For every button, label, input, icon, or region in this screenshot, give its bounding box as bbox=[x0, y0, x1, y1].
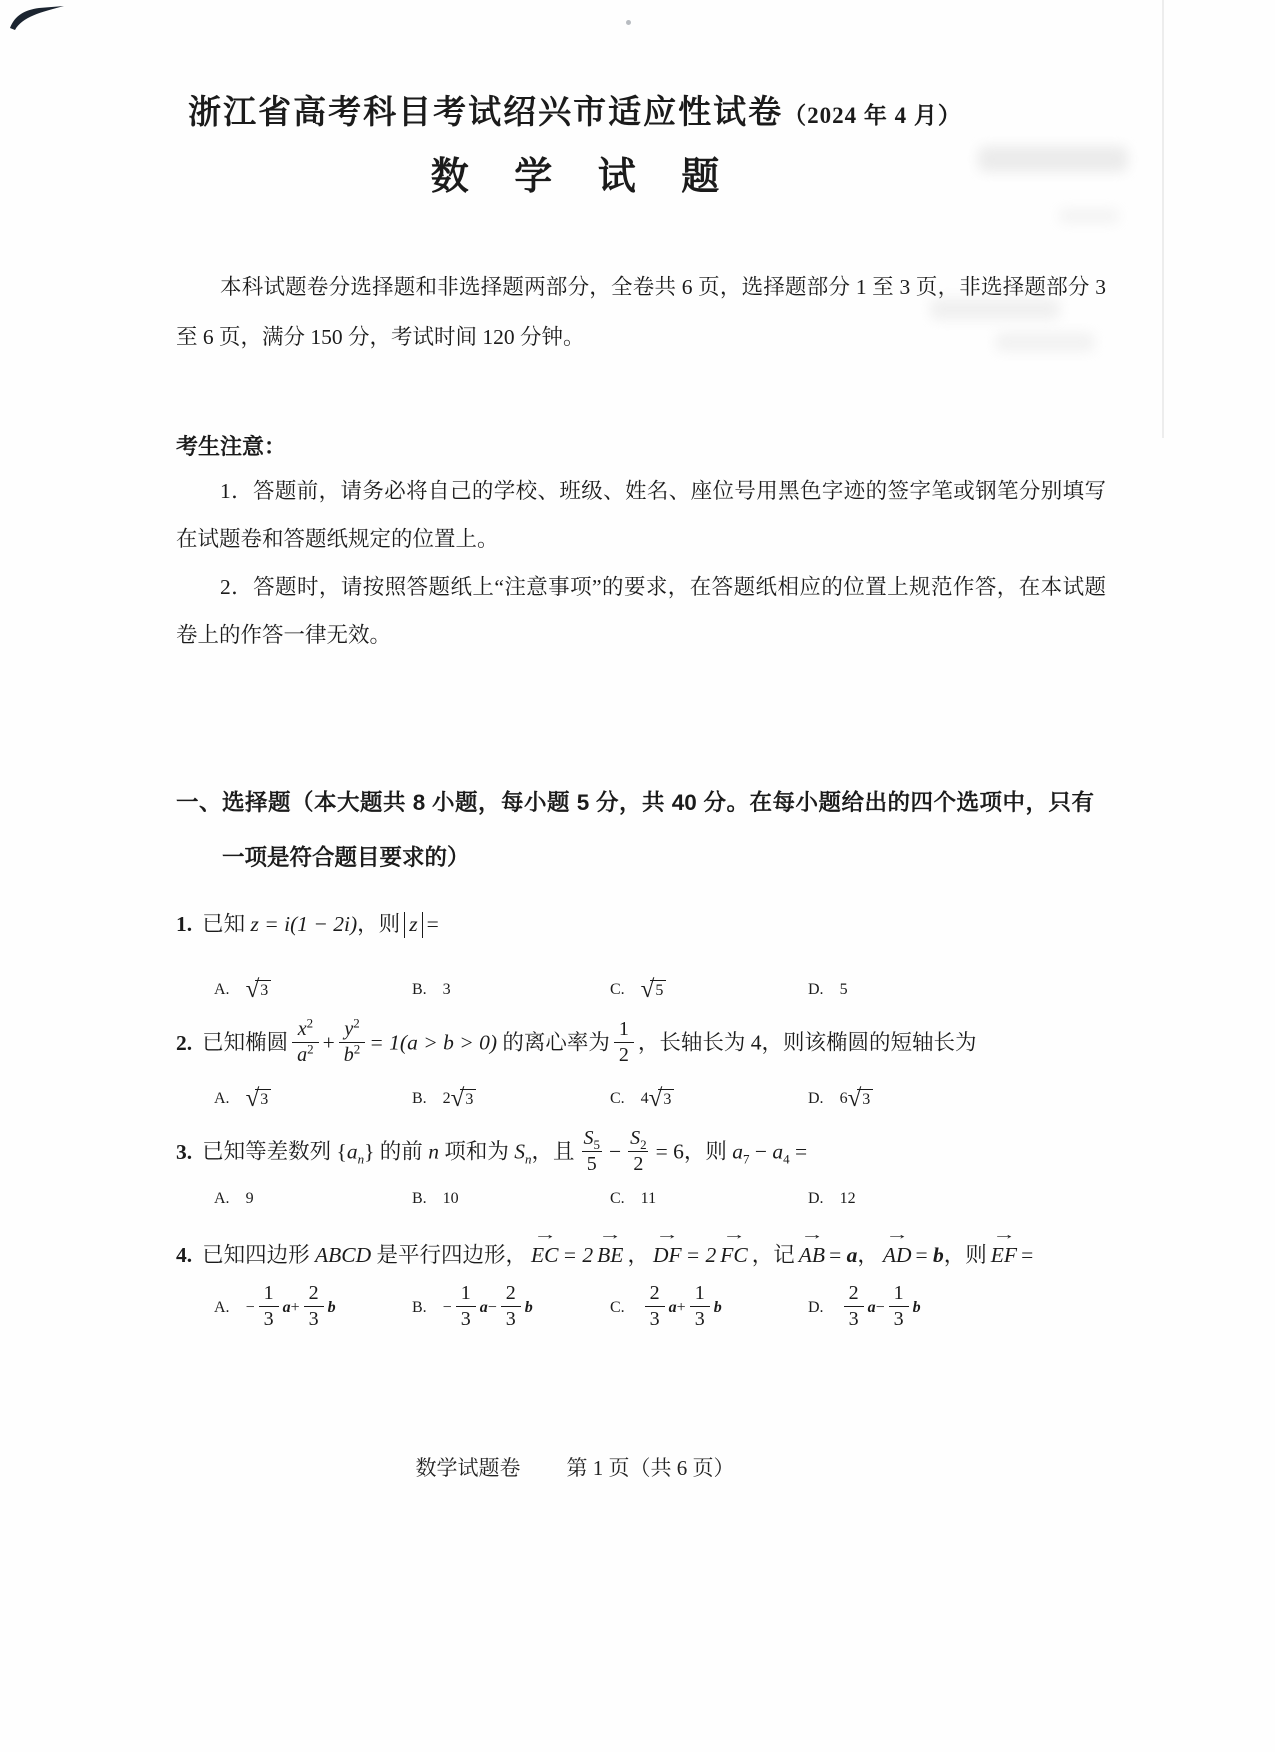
variable-b: b bbox=[344, 1044, 354, 1066]
operator: + bbox=[323, 1031, 335, 1055]
option-a: A.3 bbox=[214, 976, 412, 1004]
question-number: 3. bbox=[176, 1140, 192, 1164]
option-label: A. bbox=[214, 1299, 230, 1317]
scan-smudge bbox=[1058, 208, 1120, 224]
fraction: 23 bbox=[844, 1282, 864, 1331]
option-value: 11 bbox=[641, 1190, 656, 1208]
option-c: C.43 bbox=[610, 1085, 808, 1113]
fraction: 12 bbox=[614, 1018, 634, 1067]
option-b: B.−13a −23b bbox=[412, 1284, 610, 1333]
vector-be: BE bbox=[597, 1238, 623, 1273]
fraction: y2b2 bbox=[339, 1018, 366, 1067]
stem-text: 的离心率为 bbox=[497, 1031, 610, 1055]
option-d: D.5 bbox=[808, 981, 848, 999]
operator: = bbox=[1021, 1243, 1033, 1267]
option-d: D.63 bbox=[808, 1085, 873, 1113]
vector-a: a bbox=[283, 1299, 291, 1317]
scan-smudge bbox=[995, 332, 1095, 352]
absolute-value: z bbox=[404, 912, 422, 938]
option-label: B. bbox=[412, 1299, 427, 1317]
fraction: 23 bbox=[645, 1282, 665, 1331]
option-b: B.3 bbox=[412, 981, 610, 999]
question-number: 2. bbox=[176, 1031, 192, 1055]
stem-text: ， bbox=[857, 1243, 879, 1267]
stem-text: = bbox=[795, 1140, 807, 1164]
vector-b: b bbox=[525, 1299, 533, 1317]
q4-options: A.−13a +23b B.−13a −23b C.23a +13b D.23a… bbox=[214, 1284, 1275, 1333]
variable-x: x bbox=[298, 1018, 307, 1040]
fraction: 13 bbox=[690, 1282, 710, 1331]
option-c: C.5 bbox=[610, 976, 808, 1004]
section-heading: 一、选择题（本大题共 8 小题，每小题 5 分，共 40 分。在每小题给出的四个… bbox=[176, 775, 1094, 885]
formula: = 2 bbox=[686, 1243, 717, 1267]
option-value: 12 bbox=[840, 1190, 856, 1208]
exponent: 2 bbox=[307, 1016, 314, 1031]
option-label: A. bbox=[214, 1190, 230, 1208]
sign: − bbox=[246, 1299, 255, 1317]
denominator: 2 bbox=[614, 1042, 634, 1067]
option-value: 9 bbox=[246, 1190, 254, 1208]
sqrt-radical: 3 bbox=[246, 976, 272, 1004]
option-label: B. bbox=[412, 1190, 427, 1208]
footer-doc-label: 数学试题卷 bbox=[416, 1452, 521, 1482]
variable-a: a bbox=[772, 1140, 783, 1164]
option-label: A. bbox=[214, 1090, 230, 1108]
vector-fc: FC bbox=[720, 1238, 747, 1273]
variable-S: S bbox=[583, 1127, 593, 1149]
notice-item-1: 1．答题前，请务必将自己的学校、班级、姓名、座位号用黑色字迹的签字笔或钢笔分别填… bbox=[176, 467, 1106, 563]
option-label: B. bbox=[412, 981, 427, 999]
operator: − bbox=[755, 1140, 767, 1164]
fraction: 13 bbox=[456, 1282, 476, 1331]
vector-b: b bbox=[913, 1299, 921, 1317]
coefficient: 4 bbox=[641, 1090, 649, 1108]
question-4: 4.已知四边形 ABCD 是平行四边形，EC= 2BE，DF= 2FC，记AB=… bbox=[176, 1238, 1141, 1273]
denominator: 2 bbox=[628, 1151, 648, 1176]
formula: = 2 bbox=[563, 1243, 594, 1267]
coefficient: 6 bbox=[840, 1090, 848, 1108]
option-label: D. bbox=[808, 1190, 824, 1208]
operator: = bbox=[916, 1243, 928, 1267]
question-2: 2.已知椭圆x2a2+y2b2= 1(a > b > 0) 的离心率为12，长轴… bbox=[176, 1020, 1141, 1069]
stem-text: 是平行四边形， bbox=[371, 1243, 527, 1267]
brace: } bbox=[364, 1140, 374, 1164]
option-value: 5 bbox=[840, 981, 848, 999]
notice-item-2: 2．答题时，请按照答题纸上“注意事项”的要求，在答题纸相应的位置上规范作答，在本… bbox=[176, 563, 1106, 659]
stem-text: ，长轴长为 4，则该椭圆的短轴长为 bbox=[638, 1031, 977, 1055]
fraction: 23 bbox=[501, 1282, 521, 1331]
fraction: 13 bbox=[259, 1282, 279, 1331]
vector-a: a bbox=[868, 1299, 876, 1317]
fraction: x2a2 bbox=[292, 1018, 319, 1067]
denominator: 5 bbox=[582, 1151, 602, 1176]
page-title-text: 浙江省高考科目考试绍兴市适应性试卷 bbox=[188, 95, 783, 131]
variable-a: a bbox=[297, 1044, 307, 1066]
operator: − bbox=[876, 1299, 885, 1317]
page-footer: 数学试题卷 第 1 页（共 6 页） bbox=[0, 1452, 1150, 1482]
option-b: B.23 bbox=[412, 1085, 610, 1113]
sqrt-radical: 3 bbox=[451, 1085, 477, 1113]
vector-b: b bbox=[328, 1299, 336, 1317]
variable-a: a bbox=[732, 1140, 743, 1164]
notice-heading: 考生注意： bbox=[176, 430, 1275, 461]
q2-options: A.3 B.23 C.43 D.63 bbox=[214, 1085, 1275, 1113]
coefficient: 2 bbox=[443, 1090, 451, 1108]
stem-text: ，且 bbox=[531, 1140, 574, 1164]
subscript: 2 bbox=[640, 1137, 647, 1152]
stem-text: ， bbox=[627, 1243, 649, 1267]
vector-ab: AB bbox=[799, 1238, 825, 1273]
exponent: 2 bbox=[353, 1016, 360, 1031]
variable-S: S bbox=[630, 1127, 640, 1149]
sqrt-radical: 5 bbox=[641, 976, 667, 1004]
operator: + bbox=[677, 1299, 686, 1317]
vector-a: a bbox=[480, 1299, 488, 1317]
stem-text: 已知椭圆 bbox=[202, 1031, 288, 1055]
variable-z: z bbox=[409, 912, 417, 936]
option-value: 10 bbox=[443, 1190, 459, 1208]
fraction: 23 bbox=[304, 1282, 324, 1331]
option-label: C. bbox=[610, 1090, 625, 1108]
stem-text: ，记 bbox=[752, 1243, 795, 1267]
option-value: 3 bbox=[443, 981, 451, 999]
stem-text: 已知四边形 bbox=[202, 1243, 315, 1267]
variable-n: n bbox=[428, 1140, 439, 1164]
operator: − bbox=[488, 1299, 497, 1317]
page-title: 浙江省高考科目考试绍兴市适应性试卷（2024 年 4 月） bbox=[0, 86, 1150, 133]
vector-b: b bbox=[714, 1299, 722, 1317]
question-number: 4. bbox=[176, 1243, 192, 1267]
option-b: B.10 bbox=[412, 1190, 610, 1208]
option-c: C.23a +13b bbox=[610, 1284, 808, 1333]
stem-text: ，则 bbox=[357, 912, 400, 936]
variable-y: y bbox=[344, 1018, 353, 1040]
fraction: S22 bbox=[625, 1127, 652, 1176]
vector-df: DF bbox=[653, 1238, 682, 1273]
vector-ec: EC bbox=[531, 1238, 558, 1273]
stem-text: 已知 bbox=[202, 912, 250, 936]
quad-ABCD: ABCD bbox=[315, 1243, 371, 1267]
stem-text: 项和为 bbox=[439, 1140, 514, 1164]
option-d: D.23a −13b bbox=[808, 1284, 921, 1333]
scan-smudge bbox=[930, 298, 1060, 320]
variable-S: S bbox=[514, 1140, 525, 1164]
scan-edge-line bbox=[1162, 0, 1164, 438]
operator: − bbox=[609, 1140, 621, 1164]
option-label: C. bbox=[610, 1190, 625, 1208]
operator: = bbox=[829, 1243, 841, 1267]
operator: + bbox=[291, 1299, 300, 1317]
stem-text: = bbox=[427, 912, 439, 936]
option-label: C. bbox=[610, 981, 625, 999]
option-label: D. bbox=[808, 1090, 824, 1108]
sqrt-radical: 3 bbox=[246, 1085, 272, 1113]
fraction: 13 bbox=[889, 1282, 909, 1331]
vector-ad: AD bbox=[883, 1238, 912, 1273]
formula: = 1(a > b > 0) bbox=[369, 1031, 497, 1055]
variable-a: a bbox=[347, 1140, 358, 1164]
brace: { bbox=[337, 1140, 347, 1164]
page-title-date: （2024 年 4 月） bbox=[783, 103, 962, 128]
stem-text: ，则 bbox=[944, 1243, 987, 1267]
question-3: 3.已知等差数列 {an} 的前 n 项和为 Sn，且S55−S22= 6，则 … bbox=[176, 1129, 1141, 1178]
subscript: 7 bbox=[743, 1152, 750, 1167]
stem-text: 已知等差数列 bbox=[202, 1140, 336, 1164]
stem-text: 的前 bbox=[374, 1140, 428, 1164]
q3-options: A.9 B.10 C.11 D.12 bbox=[214, 1190, 1275, 1208]
vector-ef: EF bbox=[991, 1238, 1017, 1273]
option-a: A.9 bbox=[214, 1190, 412, 1208]
option-label: B. bbox=[412, 1090, 427, 1108]
sqrt-radical: 3 bbox=[848, 1085, 874, 1113]
question-1: 1.已知 z = i(1 − 2i)，则z= bbox=[176, 907, 1141, 942]
scan-smudge bbox=[978, 146, 1128, 172]
exponent: 2 bbox=[354, 1042, 361, 1057]
vector-a: a bbox=[669, 1299, 677, 1317]
question-number: 1. bbox=[176, 912, 192, 936]
fraction: S55 bbox=[578, 1127, 605, 1176]
exam-page: 浙江省高考科目考试绍兴市适应性试卷（2024 年 4 月） 数 学 试 题 本科… bbox=[0, 0, 1275, 1752]
option-c: C.11 bbox=[610, 1190, 808, 1208]
option-d: D.12 bbox=[808, 1190, 856, 1208]
scan-corner-mark bbox=[8, 4, 66, 39]
option-label: D. bbox=[808, 1299, 824, 1317]
vector-b: b bbox=[933, 1243, 944, 1267]
scan-speck bbox=[626, 20, 631, 25]
formula: z = i(1 − 2i) bbox=[251, 912, 358, 936]
footer-page-number: 第 1 页（共 6 页） bbox=[567, 1452, 735, 1482]
subscript: 4 bbox=[783, 1152, 790, 1167]
vector-a: a bbox=[847, 1243, 858, 1267]
sqrt-radical: 3 bbox=[649, 1085, 675, 1113]
option-label: A. bbox=[214, 981, 230, 999]
sign: − bbox=[443, 1299, 452, 1317]
subscript: 5 bbox=[593, 1137, 600, 1152]
stem-text: = 6，则 bbox=[656, 1140, 733, 1164]
option-a: A.3 bbox=[214, 1085, 412, 1113]
q1-options: A.3 B.3 C.5 D.5 bbox=[214, 976, 1275, 1004]
exponent: 2 bbox=[307, 1042, 314, 1057]
option-label: D. bbox=[808, 981, 824, 999]
option-a: A.−13a +23b bbox=[214, 1284, 412, 1333]
option-label: C. bbox=[610, 1299, 625, 1317]
numerator: 1 bbox=[614, 1018, 634, 1042]
